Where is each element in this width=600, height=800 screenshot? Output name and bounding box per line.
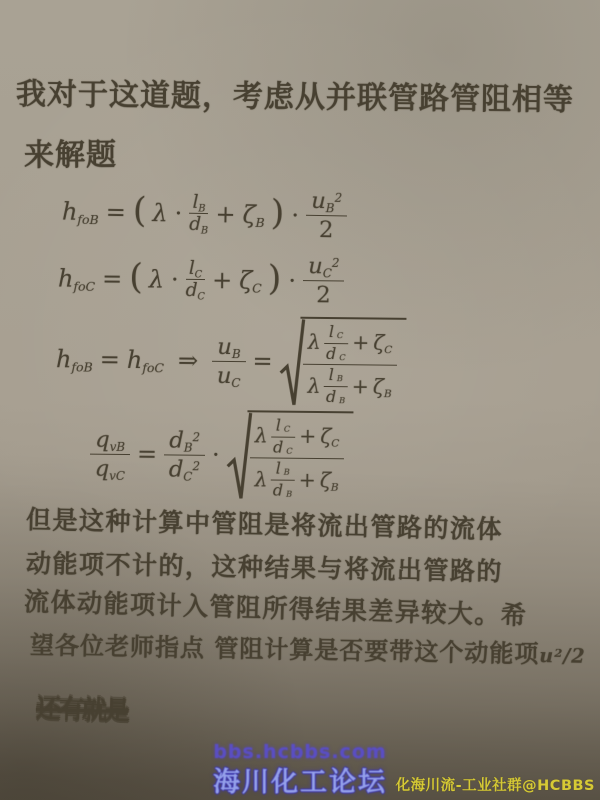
math-token: C bbox=[331, 438, 339, 450]
math-token: B bbox=[331, 482, 339, 494]
intro-line-1: 我对于这道题，考虑从并联管路管阻相等 bbox=[16, 69, 574, 119]
math-token: λ lC dC + ζC bbox=[250, 417, 345, 459]
math-token: uC2 bbox=[303, 253, 345, 282]
math-token: ζC bbox=[239, 266, 262, 294]
math-token: + bbox=[298, 469, 317, 493]
math-token: ( bbox=[133, 194, 147, 229]
math-token: C bbox=[284, 424, 290, 433]
math-token: C bbox=[384, 345, 392, 357]
math-token: = bbox=[99, 346, 121, 374]
math-token: C bbox=[231, 377, 240, 391]
math-token: + bbox=[214, 200, 237, 228]
paragraph-line-2: 动能项不计的，这种结果与将流出管路的 bbox=[26, 544, 504, 588]
paper-photo: 我对于这道题，考虑从并联管路管阻相等 来解题 hfoB = ( λ · lB d… bbox=[0, 0, 600, 800]
math-token: B bbox=[284, 468, 290, 477]
math-token: ζ bbox=[320, 468, 331, 492]
math-token: d bbox=[273, 439, 283, 456]
math-token: dB bbox=[189, 214, 208, 235]
math-token: uC bbox=[217, 362, 241, 389]
math-token: dC bbox=[185, 280, 205, 301]
community-watermark: 化海川流-工业社群@HCBBS bbox=[396, 774, 595, 795]
resistance-ratio-fraction: λ lC dC + ζC λ lB dB + bbox=[249, 417, 344, 500]
math-token: foC bbox=[142, 361, 164, 376]
paragraph-line-4: 望各位老师指点 管阻计算是否要带这个动能项u2/2 bbox=[30, 625, 586, 670]
square-root: λ lC dC + ζC λ lB dB + bbox=[226, 410, 354, 502]
math-token: · bbox=[173, 199, 183, 227]
math-token: d bbox=[189, 214, 201, 235]
math-token: ζ bbox=[373, 374, 384, 398]
math-token: h bbox=[62, 197, 78, 225]
math-token: C bbox=[197, 292, 205, 302]
math-token: B bbox=[384, 388, 392, 400]
math-token: l bbox=[276, 418, 281, 435]
math-token: u bbox=[217, 334, 232, 360]
math-token: C bbox=[195, 270, 203, 280]
math-token: C bbox=[323, 267, 332, 281]
math-token: hfoB bbox=[56, 346, 93, 374]
math-token: + bbox=[351, 375, 370, 399]
math-token: q bbox=[95, 426, 110, 452]
math-token: B bbox=[339, 396, 345, 405]
math-token: ζ bbox=[239, 266, 252, 294]
math-token: lC bbox=[271, 418, 296, 438]
math-token: · bbox=[211, 441, 221, 469]
radicand: λ lC dC + ζC λ lB dB + bbox=[246, 410, 354, 502]
math-token: /2 bbox=[563, 644, 586, 667]
math-token: B bbox=[232, 348, 241, 362]
math-token: ζB bbox=[373, 375, 392, 399]
math-token: C bbox=[183, 471, 192, 485]
math-token: uB2 bbox=[306, 188, 347, 217]
math-token: lC bbox=[186, 258, 206, 280]
math-token: C bbox=[252, 280, 262, 295]
math-token: uB bbox=[212, 333, 246, 362]
math-token: 2 bbox=[319, 216, 334, 243]
math-token: B bbox=[337, 374, 343, 383]
math-token: λ lB dB + ζB bbox=[307, 365, 391, 406]
math-token: ζB bbox=[320, 469, 339, 493]
math-token: = bbox=[101, 265, 123, 293]
math-token: + bbox=[298, 425, 317, 449]
math-token: h bbox=[127, 346, 143, 374]
math-token: lB bbox=[189, 192, 209, 214]
math-token: λ bbox=[308, 375, 321, 399]
fraction-qvB-qvC: qvB qvC bbox=[90, 426, 131, 482]
math-token: λ bbox=[152, 199, 168, 227]
paragraph-line-3: 流体动能项计入管阻所得结果差异较大。希 bbox=[24, 582, 528, 632]
math-token: lC dC bbox=[271, 418, 296, 457]
formula-flow-ratio: qvB qvC = dB2 dC2 · λ lC dC + bbox=[90, 409, 354, 503]
math-token: ) bbox=[270, 196, 284, 231]
math-token: dB bbox=[273, 481, 292, 500]
math-token: 2 bbox=[332, 257, 340, 271]
math-token: λ bbox=[149, 265, 165, 293]
math-token: · bbox=[290, 201, 300, 229]
math-token: d bbox=[169, 456, 184, 482]
math-token: h bbox=[58, 264, 74, 292]
math-token: + bbox=[211, 266, 233, 294]
intro-line-2: 来解题 bbox=[24, 130, 117, 175]
math-token: u bbox=[539, 644, 554, 667]
math-token: λ bbox=[255, 468, 268, 492]
math-token: + bbox=[351, 332, 370, 356]
math-token: λ lC dC + ζC bbox=[303, 324, 398, 366]
math-token: B bbox=[198, 204, 205, 214]
math-token: d bbox=[326, 389, 336, 406]
paragraph-line-1: 但是这种计算中管阻是将流出管路的流体 bbox=[26, 500, 504, 546]
crossed-out-text: 还有就是 bbox=[36, 689, 129, 727]
math-token: lB bbox=[324, 367, 348, 387]
math-token: foB bbox=[77, 212, 99, 227]
math-token: l bbox=[276, 461, 281, 478]
math-token: B bbox=[326, 202, 335, 216]
fraction-dB2-dC2: dB2 dC2 bbox=[164, 427, 205, 483]
math-token: · bbox=[287, 267, 297, 295]
math-token: foB bbox=[71, 360, 92, 375]
math-token: C bbox=[339, 353, 345, 362]
math-token: l bbox=[329, 367, 334, 384]
math-token: d bbox=[326, 346, 336, 363]
math-token: ζC bbox=[320, 425, 339, 449]
paragraph-line-4-text: 望各位老师指点 管阻计算是否要带这个动能项 bbox=[30, 631, 540, 668]
math-token: hfoC bbox=[58, 264, 95, 292]
square-root: λ lC dC + ζC λ lB dB + bbox=[279, 317, 407, 409]
math-token: B bbox=[201, 226, 208, 236]
math-token: d bbox=[185, 280, 197, 301]
fraction-uB-uC: uB uC bbox=[212, 333, 246, 389]
math-token: u bbox=[308, 253, 323, 279]
fraction-uC2-2: uC2 2 bbox=[303, 253, 345, 309]
formula-velocity-ratio: hfoB = hfoC ⇒ uB uC = λ lC dC + ζ bbox=[56, 314, 407, 408]
math-token: dC bbox=[326, 344, 346, 363]
math-token: = bbox=[251, 348, 273, 376]
formula-hfoC: hfoC = ( λ · lC dC + ζC ) · uC2 2 bbox=[58, 251, 345, 309]
fraction-lB-dB: lB dB bbox=[189, 192, 209, 235]
math-token: dB bbox=[326, 387, 345, 406]
math-token: lC dC bbox=[324, 324, 349, 363]
math-token: ( bbox=[129, 261, 143, 296]
fraction-lC-dC: lC dC bbox=[185, 258, 205, 300]
math-token: lC bbox=[324, 324, 349, 344]
math-token: ) bbox=[268, 262, 282, 297]
math-token: h bbox=[56, 346, 72, 374]
math-token: q bbox=[95, 456, 110, 482]
math-token: hfoB bbox=[62, 197, 99, 226]
math-token: ζ bbox=[242, 200, 256, 228]
math-token: ζ bbox=[320, 424, 331, 448]
math-token: qvC bbox=[95, 455, 126, 483]
math-token: vB bbox=[110, 441, 126, 455]
math-token: foC bbox=[73, 279, 95, 294]
math-token: vC bbox=[109, 470, 125, 484]
inline-kinetic-term: u2/2 bbox=[539, 644, 586, 668]
radicand: λ lC dC + ζC λ lB dB + bbox=[299, 317, 407, 409]
math-token: ζB bbox=[242, 200, 265, 228]
math-token: 2 bbox=[316, 281, 331, 308]
math-token: ζ bbox=[373, 331, 384, 355]
math-token: dC2 bbox=[169, 455, 200, 483]
implies-arrow: ⇒ bbox=[170, 347, 206, 375]
math-token: dB2 bbox=[164, 427, 205, 456]
resistance-ratio-fraction: λ lC dC + ζC λ lB dB + bbox=[302, 324, 397, 407]
fraction-uB2-2: uB2 2 bbox=[305, 188, 347, 244]
math-token: B bbox=[286, 490, 292, 499]
math-token: = bbox=[136, 440, 158, 468]
math-token: 2 bbox=[193, 431, 201, 445]
math-token: = bbox=[105, 198, 128, 226]
math-token: l bbox=[329, 324, 334, 341]
formula-hfoB: hfoB = ( λ · lB dB + ζB ) · uB2 2 bbox=[62, 184, 348, 244]
math-token: λ lB dB + ζB bbox=[254, 459, 338, 500]
math-token: 2 bbox=[335, 192, 343, 206]
math-token: hfoC bbox=[127, 346, 164, 374]
math-token: 2 bbox=[192, 460, 200, 474]
math-token: lB bbox=[271, 461, 295, 481]
math-token: d bbox=[273, 483, 283, 500]
math-token: B bbox=[184, 441, 193, 455]
math-token: B bbox=[255, 215, 264, 230]
math-token: lB dB bbox=[323, 367, 348, 406]
math-token: ζC bbox=[373, 332, 392, 356]
math-token: qvB bbox=[90, 426, 130, 455]
math-token: · bbox=[170, 265, 180, 293]
math-token: u bbox=[311, 188, 326, 214]
math-token: lB dB bbox=[270, 461, 295, 500]
math-token: λ bbox=[255, 425, 268, 449]
math-token: C bbox=[337, 331, 343, 340]
math-token: C bbox=[286, 446, 292, 455]
math-token: u bbox=[217, 363, 232, 389]
math-token: d bbox=[169, 427, 184, 453]
math-token: dC bbox=[273, 437, 293, 456]
math-token: λ bbox=[308, 331, 321, 355]
